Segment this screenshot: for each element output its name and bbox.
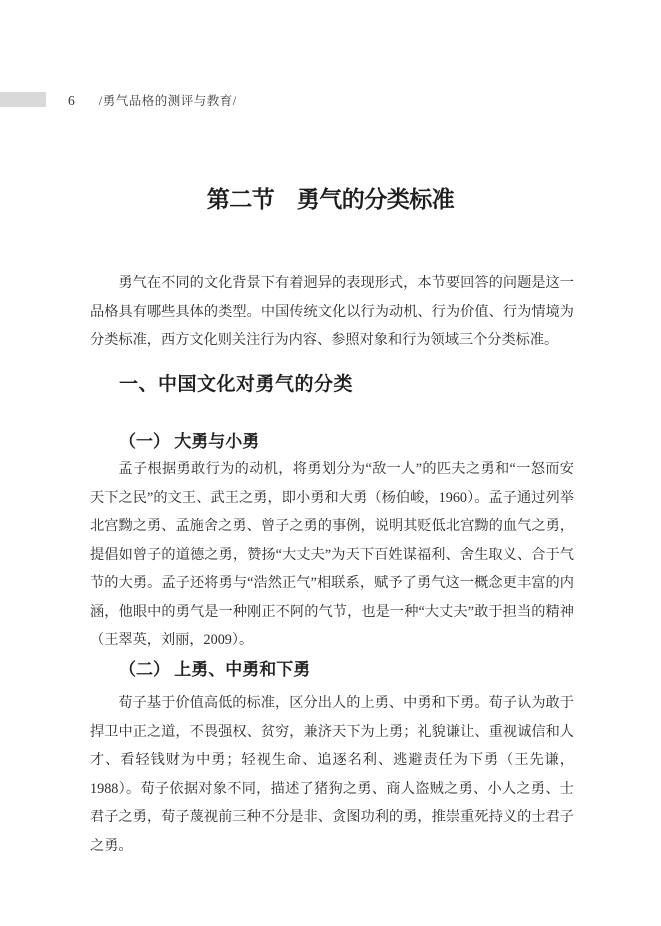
subheading-dayong-xiaoyong: （一） 大勇与小勇: [119, 427, 259, 452]
book-page: 6 /勇气品格的测评与教育/ 第二节 勇气的分类标准 勇气在不同的文化背景下有着…: [0, 0, 661, 926]
paragraph-xunzi: 荀子基于价值高低的标准，区分出人的上勇、中勇和下勇。荀子认为敢于捍卫中正之道，不…: [90, 689, 574, 860]
heading-chinese-culture-classification: 一、中国文化对勇气的分类: [119, 369, 353, 396]
running-title: /勇气品格的测评与教育/: [99, 91, 237, 109]
section-title: 第二节 勇气的分类标准: [0, 181, 661, 214]
subheading-shangyong-zhongyong-xiayong: （二） 上勇、中勇和下勇: [119, 655, 310, 680]
paragraph-mengzi: 孟子根据勇敢行为的动机，将勇划分为“敌一人”的匹夫之勇和“一怒而安天下之民”的文…: [90, 455, 574, 655]
running-header: 6 /勇气品格的测评与教育/: [68, 91, 237, 109]
page-number: 6: [68, 93, 75, 109]
intro-paragraph: 勇气在不同的文化背景下有着迥异的表现形式，本节要回答的问题是这一品格具有哪些具体…: [90, 269, 574, 355]
page-edge-marker-bar: [0, 92, 46, 107]
